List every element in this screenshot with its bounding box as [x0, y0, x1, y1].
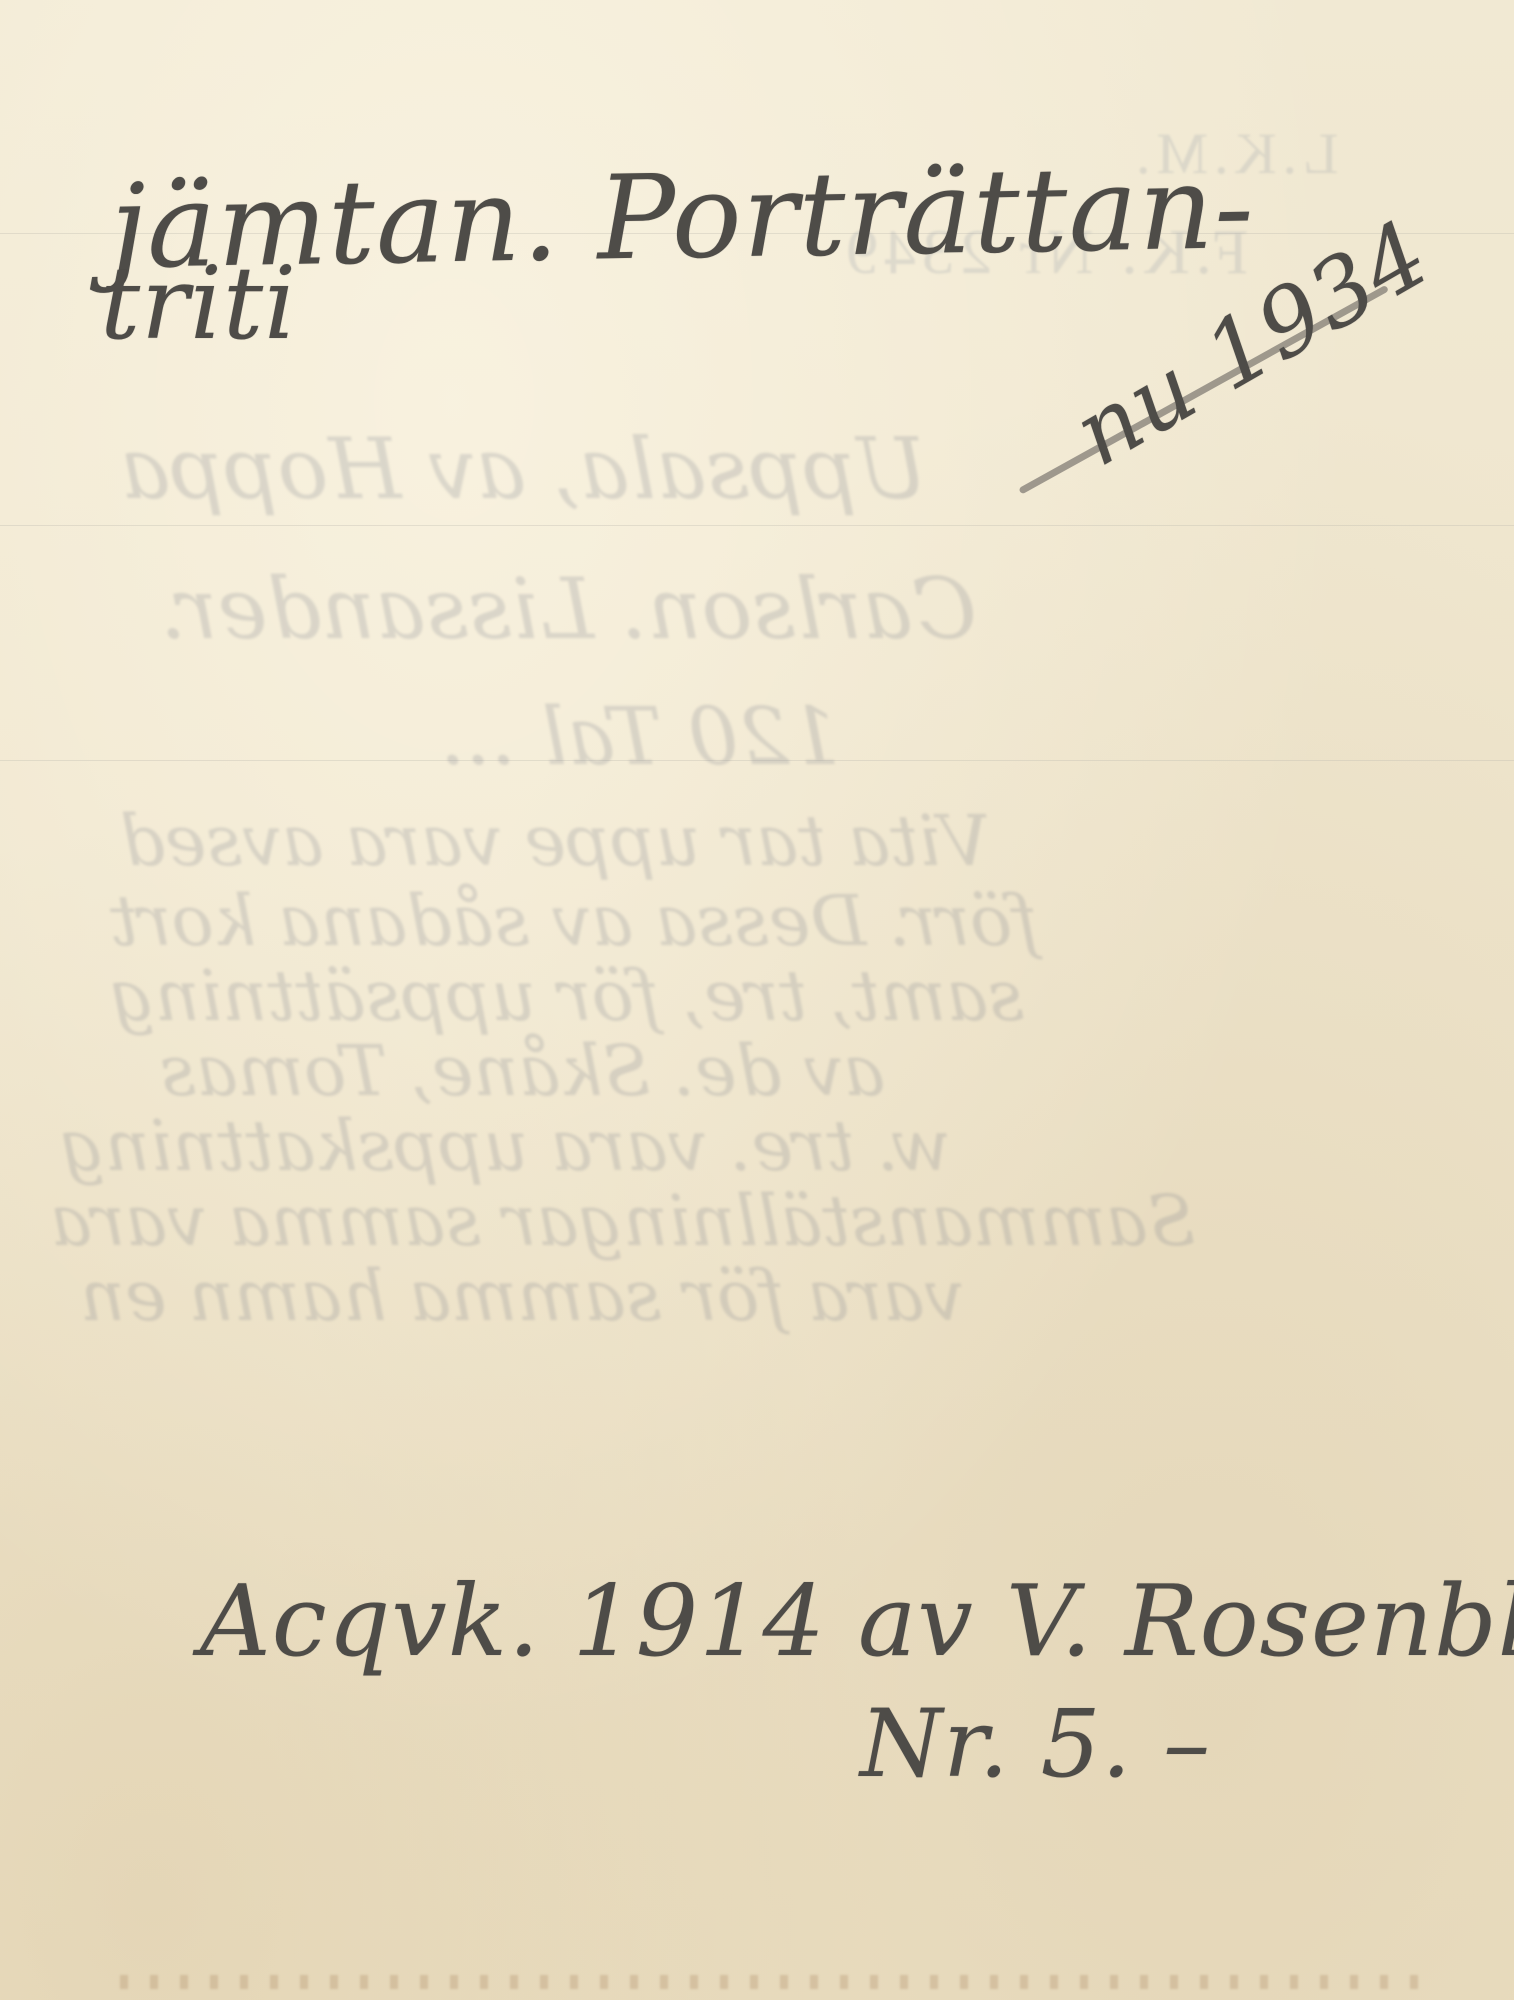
bleed-through-line: 120 Tal ...: [440, 690, 840, 783]
header-line-2: triti: [100, 245, 297, 362]
bleed-through-line: Carlson. Lissander.: [160, 560, 977, 658]
footer-acquisition-line: Acqvk. 1914 av V. Rosenblad: [200, 1565, 1514, 1679]
bleed-through-line: förr. Dessa av sådana kort: [110, 880, 1038, 962]
bleed-through-line: Uppsala, av Hoppa: [120, 420, 928, 518]
footer-number-line: Nr. 5. –: [860, 1690, 1211, 1799]
bleed-through-line: av de. Skåne, Tomas: [160, 1030, 885, 1112]
bleed-through-line: Vita tar uppe vara avsed: [120, 800, 990, 882]
bleed-through-line: vara för samma hamn en: [80, 1255, 964, 1337]
bottom-edge-stain: [120, 1975, 1434, 1989]
bleed-through-line: w. tre. vara uppskattning: [60, 1105, 951, 1187]
paper-line: [0, 525, 1514, 526]
bleed-through-line: samt, tre, för uppsättning: [110, 955, 1024, 1037]
bleed-through-line: Sammanställningar samma vara: [50, 1180, 1196, 1262]
